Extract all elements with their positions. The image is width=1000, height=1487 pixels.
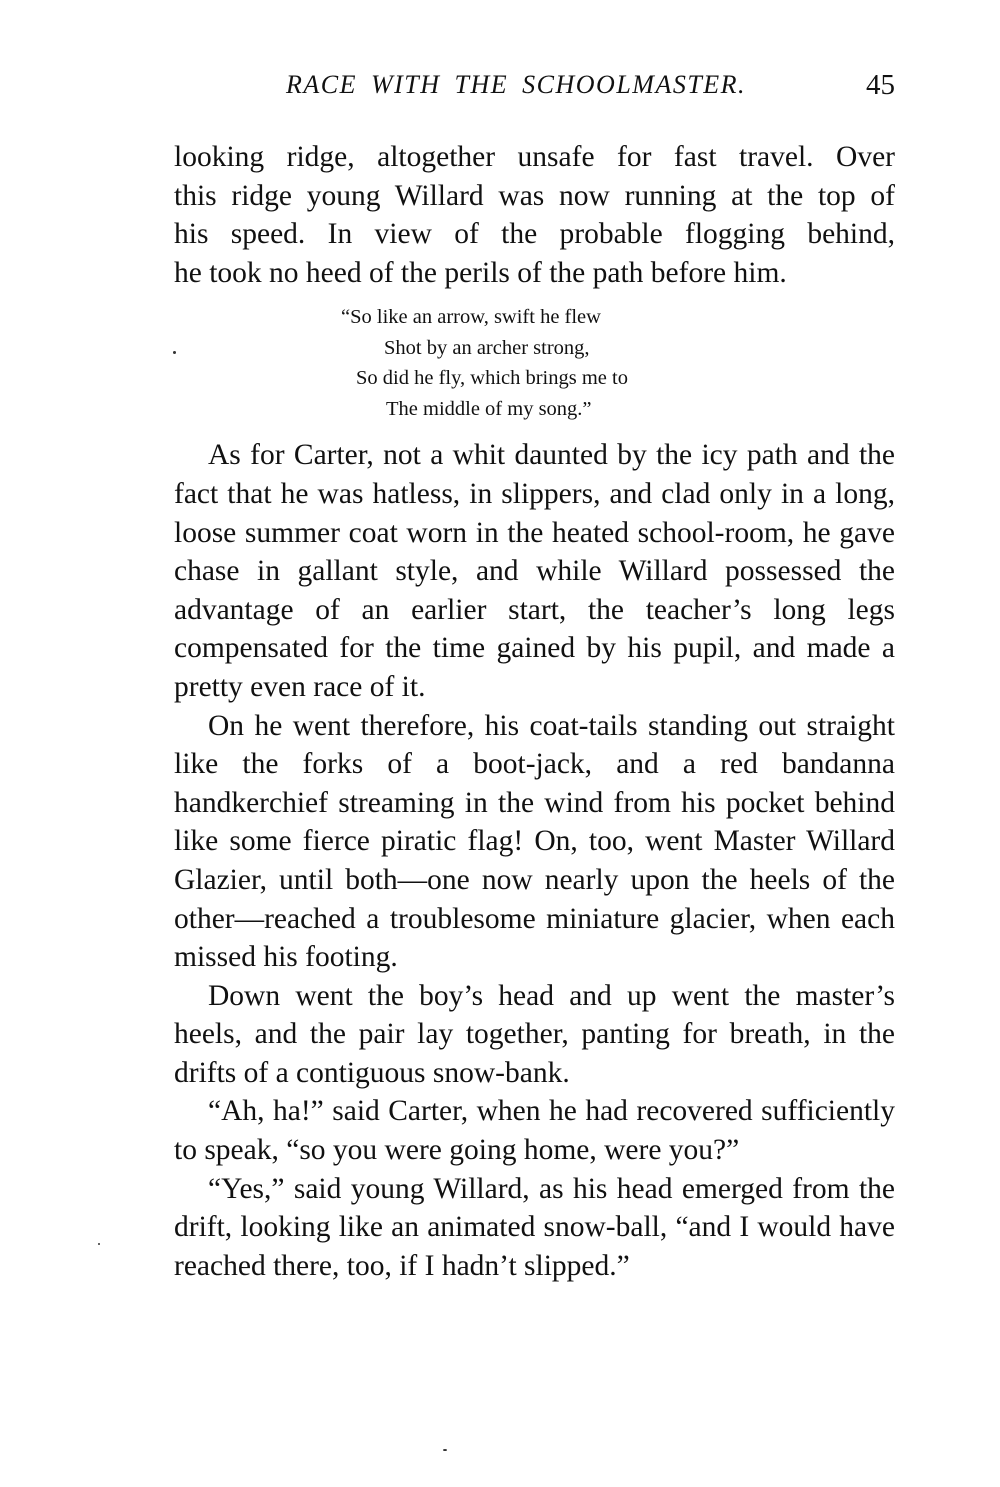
- verse-line: The middle of my song.”: [174, 394, 895, 425]
- paragraph-coat-tails: On he went therefore, his coat-tails sta…: [174, 707, 895, 977]
- paragraph-carter-chase: As for Carter, not a whit daunted by the…: [174, 436, 895, 706]
- text-line: he took no heed of the perils of the pat…: [174, 257, 787, 289]
- running-head: RACE WITH THE SCHOOLMASTER. 45: [174, 70, 895, 110]
- running-title: RACE WITH THE SCHOOLMASTER.: [286, 70, 746, 100]
- page-body: looking ridge, altogether unsafe for fas…: [174, 138, 895, 1285]
- verse-line: “So like an arrow, swift he flew: [174, 302, 895, 333]
- print-speck: [173, 351, 176, 354]
- text-line: this ridge young Willard was now running…: [174, 180, 895, 212]
- paragraph-willard-replies: “Yes,” said young Willard, as his head e…: [174, 1170, 895, 1286]
- paragraph-carter-speaks: “Ah, ha!” said Carter, when he had recov…: [174, 1092, 895, 1169]
- verse-line: So did he fly, which brings me to: [174, 363, 895, 394]
- text-line: looking ridge, altogether unsafe for fas…: [174, 141, 895, 173]
- print-speck: [443, 1449, 447, 1451]
- verse-line: Shot by an archer strong,: [174, 333, 895, 364]
- verse-quotation: “So like an arrow, swift he flew Shot by…: [174, 302, 895, 424]
- text-line: his speed. In view of the probable flogg…: [174, 218, 895, 250]
- page-number: 45: [866, 69, 895, 102]
- paragraph-opening-line-4: he took no heed of the perils of the pat…: [174, 254, 895, 293]
- paragraph-opening: looking ridge, altogether unsafe for fas…: [174, 138, 895, 177]
- paragraph-fall: Down went the boy’s head and up went the…: [174, 977, 895, 1093]
- print-speck: [98, 1243, 100, 1245]
- paragraph-opening-line-3: his speed. In view of the probable flogg…: [174, 215, 895, 254]
- paragraph-opening-line-2: this ridge young Willard was now running…: [174, 177, 895, 216]
